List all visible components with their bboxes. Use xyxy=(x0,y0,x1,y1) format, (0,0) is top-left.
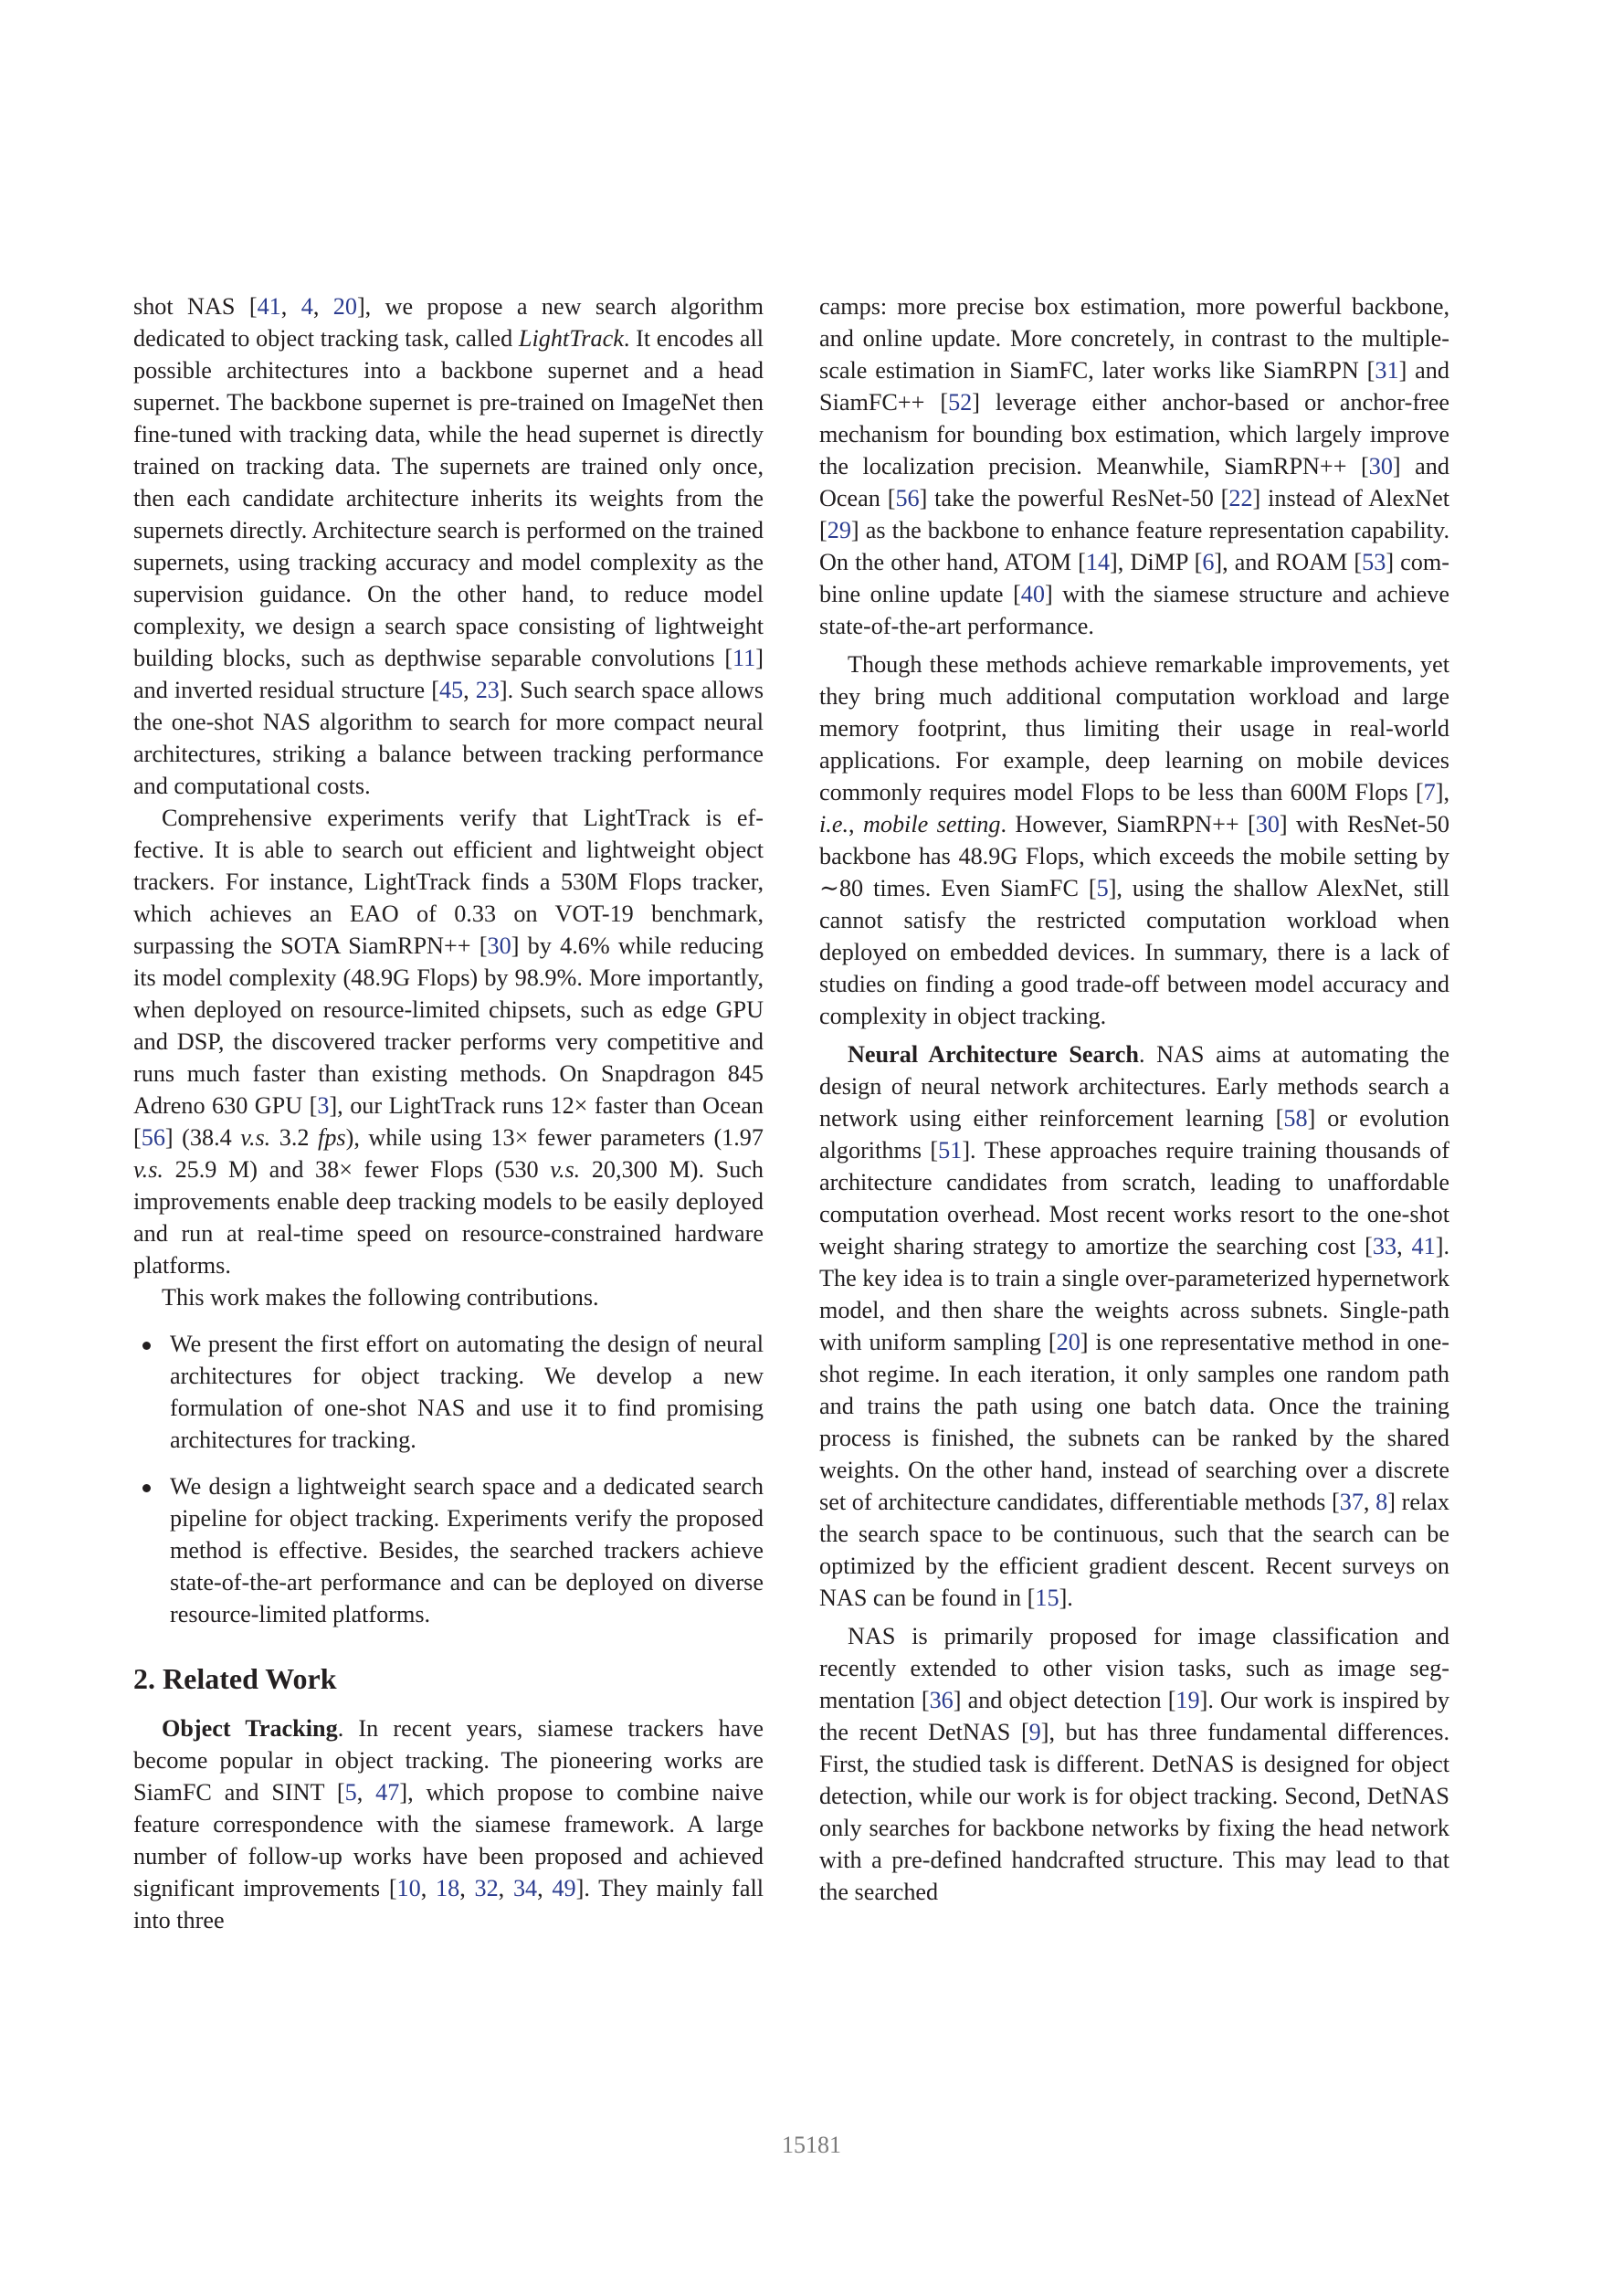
lighttrack-name: LightTrack xyxy=(519,325,624,352)
citation-link[interactable]: 47 xyxy=(375,1779,399,1806)
text: , xyxy=(1364,1489,1375,1515)
citation-link[interactable]: 56 xyxy=(142,1124,165,1151)
citation-link[interactable]: 58 xyxy=(1283,1105,1307,1132)
citation-link[interactable]: 49 xyxy=(552,1875,575,1901)
citation-link[interactable]: 20 xyxy=(1057,1329,1080,1355)
text: ] take the pow­erful ResNet-50 [ xyxy=(920,485,1229,511)
citation-link[interactable]: 40 xyxy=(1021,581,1045,607)
citation-link[interactable]: 41 xyxy=(258,293,281,320)
contribution-text: We present the first effort on automatin… xyxy=(170,1331,764,1453)
contributions-list: We present the first effort on automatin… xyxy=(133,1328,764,1630)
citation-link[interactable]: 3 xyxy=(317,1092,329,1119)
citation-link[interactable]: 32 xyxy=(474,1875,498,1901)
text: ] and object detection [ xyxy=(954,1687,1176,1713)
paragraph-tracker-camps: camps: more precise box estimation, more… xyxy=(819,290,1449,642)
section-heading-related-work: 2. Related Work xyxy=(133,1661,764,1696)
text: mobile setting xyxy=(863,811,1001,837)
citation-link[interactable]: 15 xyxy=(1035,1585,1059,1611)
citation-link[interactable]: 33 xyxy=(1373,1233,1396,1259)
text: fps xyxy=(318,1124,346,1151)
text: , xyxy=(848,811,863,837)
paragraph-lighttrack-intro: shot NAS [41, 4, 20], we propose a new s… xyxy=(133,290,764,802)
citation-link[interactable]: 6 xyxy=(1202,549,1214,575)
text: v.s. xyxy=(133,1156,163,1183)
text: ], xyxy=(1436,779,1449,806)
citation-link[interactable]: 45 xyxy=(439,677,463,703)
run-in-heading: Neural Architecture Search xyxy=(848,1041,1139,1068)
contribution-text: We design a lightweight search space and… xyxy=(170,1473,764,1627)
citation-link[interactable]: 31 xyxy=(1375,357,1398,384)
right-column: camps: more precise box estimation, more… xyxy=(819,290,1449,1908)
text: , xyxy=(1396,1233,1411,1259)
citation-link[interactable]: 56 xyxy=(895,485,919,511)
text: v.s. xyxy=(550,1156,580,1183)
text: , xyxy=(421,1875,436,1901)
text: camps: more precise box estimation, more… xyxy=(819,293,1449,384)
citation-link[interactable]: 20 xyxy=(333,293,357,320)
left-column: shot NAS [41, 4, 20], we propose a new s… xyxy=(133,290,764,1936)
text: 25.9 M) and 38× fewer Flops (530 xyxy=(163,1156,550,1183)
bullet-icon xyxy=(142,1342,151,1350)
citation-link[interactable]: 23 xyxy=(476,677,500,703)
text: ], but has three fundamental differences… xyxy=(819,1719,1449,1905)
citation-link[interactable]: 8 xyxy=(1375,1489,1387,1515)
citation-link[interactable]: 52 xyxy=(948,389,972,416)
citation-link[interactable]: 34 xyxy=(513,1875,537,1901)
paper-page: shot NAS [41, 4, 20], we propose a new s… xyxy=(0,0,1623,2296)
text: shot NAS [ xyxy=(133,293,258,320)
citation-link[interactable]: 5 xyxy=(1097,875,1109,901)
page-number: 15181 xyxy=(0,2132,1623,2159)
text: , xyxy=(537,1875,552,1901)
citation-link[interactable]: 41 xyxy=(1412,1233,1436,1259)
paragraph-contributions-intro: This work makes the following contributi… xyxy=(133,1281,764,1313)
citation-link[interactable]: 36 xyxy=(930,1687,954,1713)
text: ], and ROAM [ xyxy=(1214,549,1362,575)
text: ] is one representative method in one-sh… xyxy=(819,1329,1449,1515)
paragraph-object-tracking: Object Tracking. In recent years, siames… xyxy=(133,1712,764,1936)
text: ), while using 13× fewer parameters (1.9… xyxy=(346,1124,764,1151)
text: v.s. xyxy=(240,1124,270,1151)
text: ], DiMP [ xyxy=(1110,549,1202,575)
text: 3.2 xyxy=(270,1124,318,1151)
citation-link[interactable]: 19 xyxy=(1175,1687,1199,1713)
bullet-icon xyxy=(142,1484,151,1492)
citation-link[interactable]: 53 xyxy=(1362,549,1386,575)
citation-link[interactable]: 18 xyxy=(436,1875,459,1901)
citation-link[interactable]: 30 xyxy=(1369,453,1393,479)
text: i.e. xyxy=(819,811,848,837)
citation-link[interactable]: 30 xyxy=(1256,811,1280,837)
text: , xyxy=(357,1779,375,1806)
citation-link[interactable]: 11 xyxy=(732,645,755,671)
text: , xyxy=(459,1875,474,1901)
citation-link[interactable]: 14 xyxy=(1086,549,1110,575)
text: ] (38.4 xyxy=(165,1124,240,1151)
citation-link[interactable]: 4 xyxy=(301,293,313,320)
citation-link[interactable]: 29 xyxy=(827,517,851,543)
text: ] by 4.6% while reducing its model compl… xyxy=(133,932,764,1119)
text: . It en­codes all possible architectures… xyxy=(133,325,764,671)
citation-link[interactable]: 22 xyxy=(1228,485,1252,511)
text: Though these methods achieve remarkable … xyxy=(819,651,1449,806)
text: . However, SiamRPN++ [ xyxy=(1000,811,1255,837)
text: , xyxy=(281,293,301,320)
paragraph-limitations: Though these methods achieve remarkable … xyxy=(819,648,1449,1032)
citation-link[interactable]: 37 xyxy=(1340,1489,1364,1515)
citation-link[interactable]: 10 xyxy=(397,1875,421,1901)
contribution-item: We design a lightweight search space and… xyxy=(133,1470,764,1630)
paragraph-detnas: NAS is primarily proposed for image clas… xyxy=(819,1620,1449,1908)
text: ]. xyxy=(1059,1585,1073,1611)
text: , xyxy=(463,677,476,703)
citation-link[interactable]: 7 xyxy=(1424,779,1436,806)
paragraph-experiments: Comprehensive experiments verify that Li… xyxy=(133,802,764,1281)
run-in-heading: Object Tracking xyxy=(162,1715,338,1742)
citation-link[interactable]: 51 xyxy=(938,1137,962,1164)
contribution-item: We present the first effort on automatin… xyxy=(133,1328,764,1456)
text: , xyxy=(313,293,333,320)
citation-link[interactable]: 30 xyxy=(488,932,511,959)
paragraph-nas: Neural Architecture Search. NAS aims at … xyxy=(819,1038,1449,1614)
text: , xyxy=(499,1875,513,1901)
citation-link[interactable]: 5 xyxy=(345,1779,357,1806)
citation-link[interactable]: 9 xyxy=(1029,1719,1041,1745)
